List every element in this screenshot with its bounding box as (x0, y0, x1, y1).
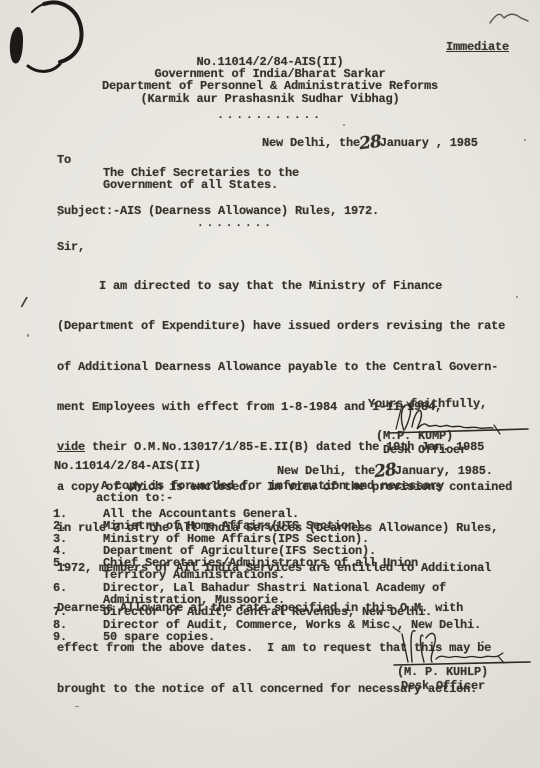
signatory-name-2: (M. P. KUHLP) (397, 665, 488, 679)
signatory-name: (M.P. KUMP) (376, 429, 453, 443)
dateline2-suffix: January, 1985. (395, 464, 493, 478)
pen-scratch-mark (486, 8, 534, 28)
signatory-title-2: Desk Officer (401, 679, 485, 693)
scan-speck (516, 296, 518, 298)
body-line: I am directed to say that the Ministry o… (57, 280, 512, 292)
list-item-text: Chief Secretaries/Administrators of all … (103, 557, 418, 582)
margin-tick-mark: / (20, 296, 28, 312)
signatory-title: Desk Officer (383, 443, 467, 457)
list-item-number: 7. (53, 606, 103, 618)
subject-separator-dots: ........ (197, 218, 274, 230)
distribution-list: 1.All the Accountants General. 2.Ministr… (53, 508, 481, 643)
forward-note-line-2: action to:- (96, 491, 173, 505)
list-item-text: 50 spare copies. (103, 631, 215, 643)
list-item: 5.Chief Secretaries/Administrators of al… (53, 557, 481, 582)
signature-scribble-2 (382, 626, 537, 668)
dateline-suffix: January , 1985 (380, 136, 478, 150)
department-line: Department of Personnel & Administrative… (0, 80, 540, 92)
letter-ref-number-2: No.11014/2/84-AIS(II) (54, 459, 201, 473)
scan-speck (27, 334, 29, 337)
list-item: 7.Director of Audit, Central Revenues, N… (53, 606, 481, 618)
dateline-prefix: New Delhi, the (262, 136, 360, 150)
list-item-text: Director of Audit, Central Revenues, New… (103, 606, 432, 618)
scanned-letter-page: Immediate No.11014/2/84-AIS(II) Governme… (0, 0, 540, 768)
scan-speck (75, 706, 79, 707)
letterhead: No.11014/2/84-AIS(II) Government of Indi… (0, 56, 540, 122)
list-item-text: Director, Lal Bahadur Shastri National A… (103, 582, 446, 607)
list-item: 6.Director, Lal Bahadur Shastri National… (53, 582, 481, 607)
vide-underlined-word: vide (57, 440, 85, 454)
scan-speck (481, 641, 484, 643)
urgency-note: Immediate (446, 40, 509, 54)
list-item-number: 5. (53, 557, 103, 582)
recipient-line-2: Government of all States. (103, 178, 278, 192)
list-item-number: 9. (53, 631, 103, 643)
separator-dots: ........... (0, 110, 540, 122)
scan-speck (524, 139, 526, 141)
scan-speck (343, 124, 345, 126)
handwritten-day: 28 (358, 132, 382, 154)
dateline2-prefix: New Delhi, the (277, 464, 375, 478)
list-item-text: Ministry of Home Affairs(UTS Section). (103, 520, 369, 532)
department-hindi-line: (Karmik aur Prashasnik Sudhar Vibhag) (0, 93, 540, 105)
body-line: (Department of Expenditure) have issued … (57, 320, 512, 332)
to-label: To (57, 153, 71, 167)
scan-speck (58, 214, 60, 216)
dateline: New Delhi, the28January , 1985 (262, 131, 478, 151)
list-item: 2.Ministry of Home Affairs(UTS Section). (53, 520, 481, 532)
body-line: of Additional Dearness Allowance payable… (57, 361, 512, 373)
list-item-number: 2. (53, 520, 103, 532)
list-item-number: 6. (53, 582, 103, 607)
dateline-2: New Delhi, the28January, 1985. (277, 459, 493, 479)
subject-line: Subject:-AIS (Dearness Allowance) Rules,… (57, 204, 379, 218)
